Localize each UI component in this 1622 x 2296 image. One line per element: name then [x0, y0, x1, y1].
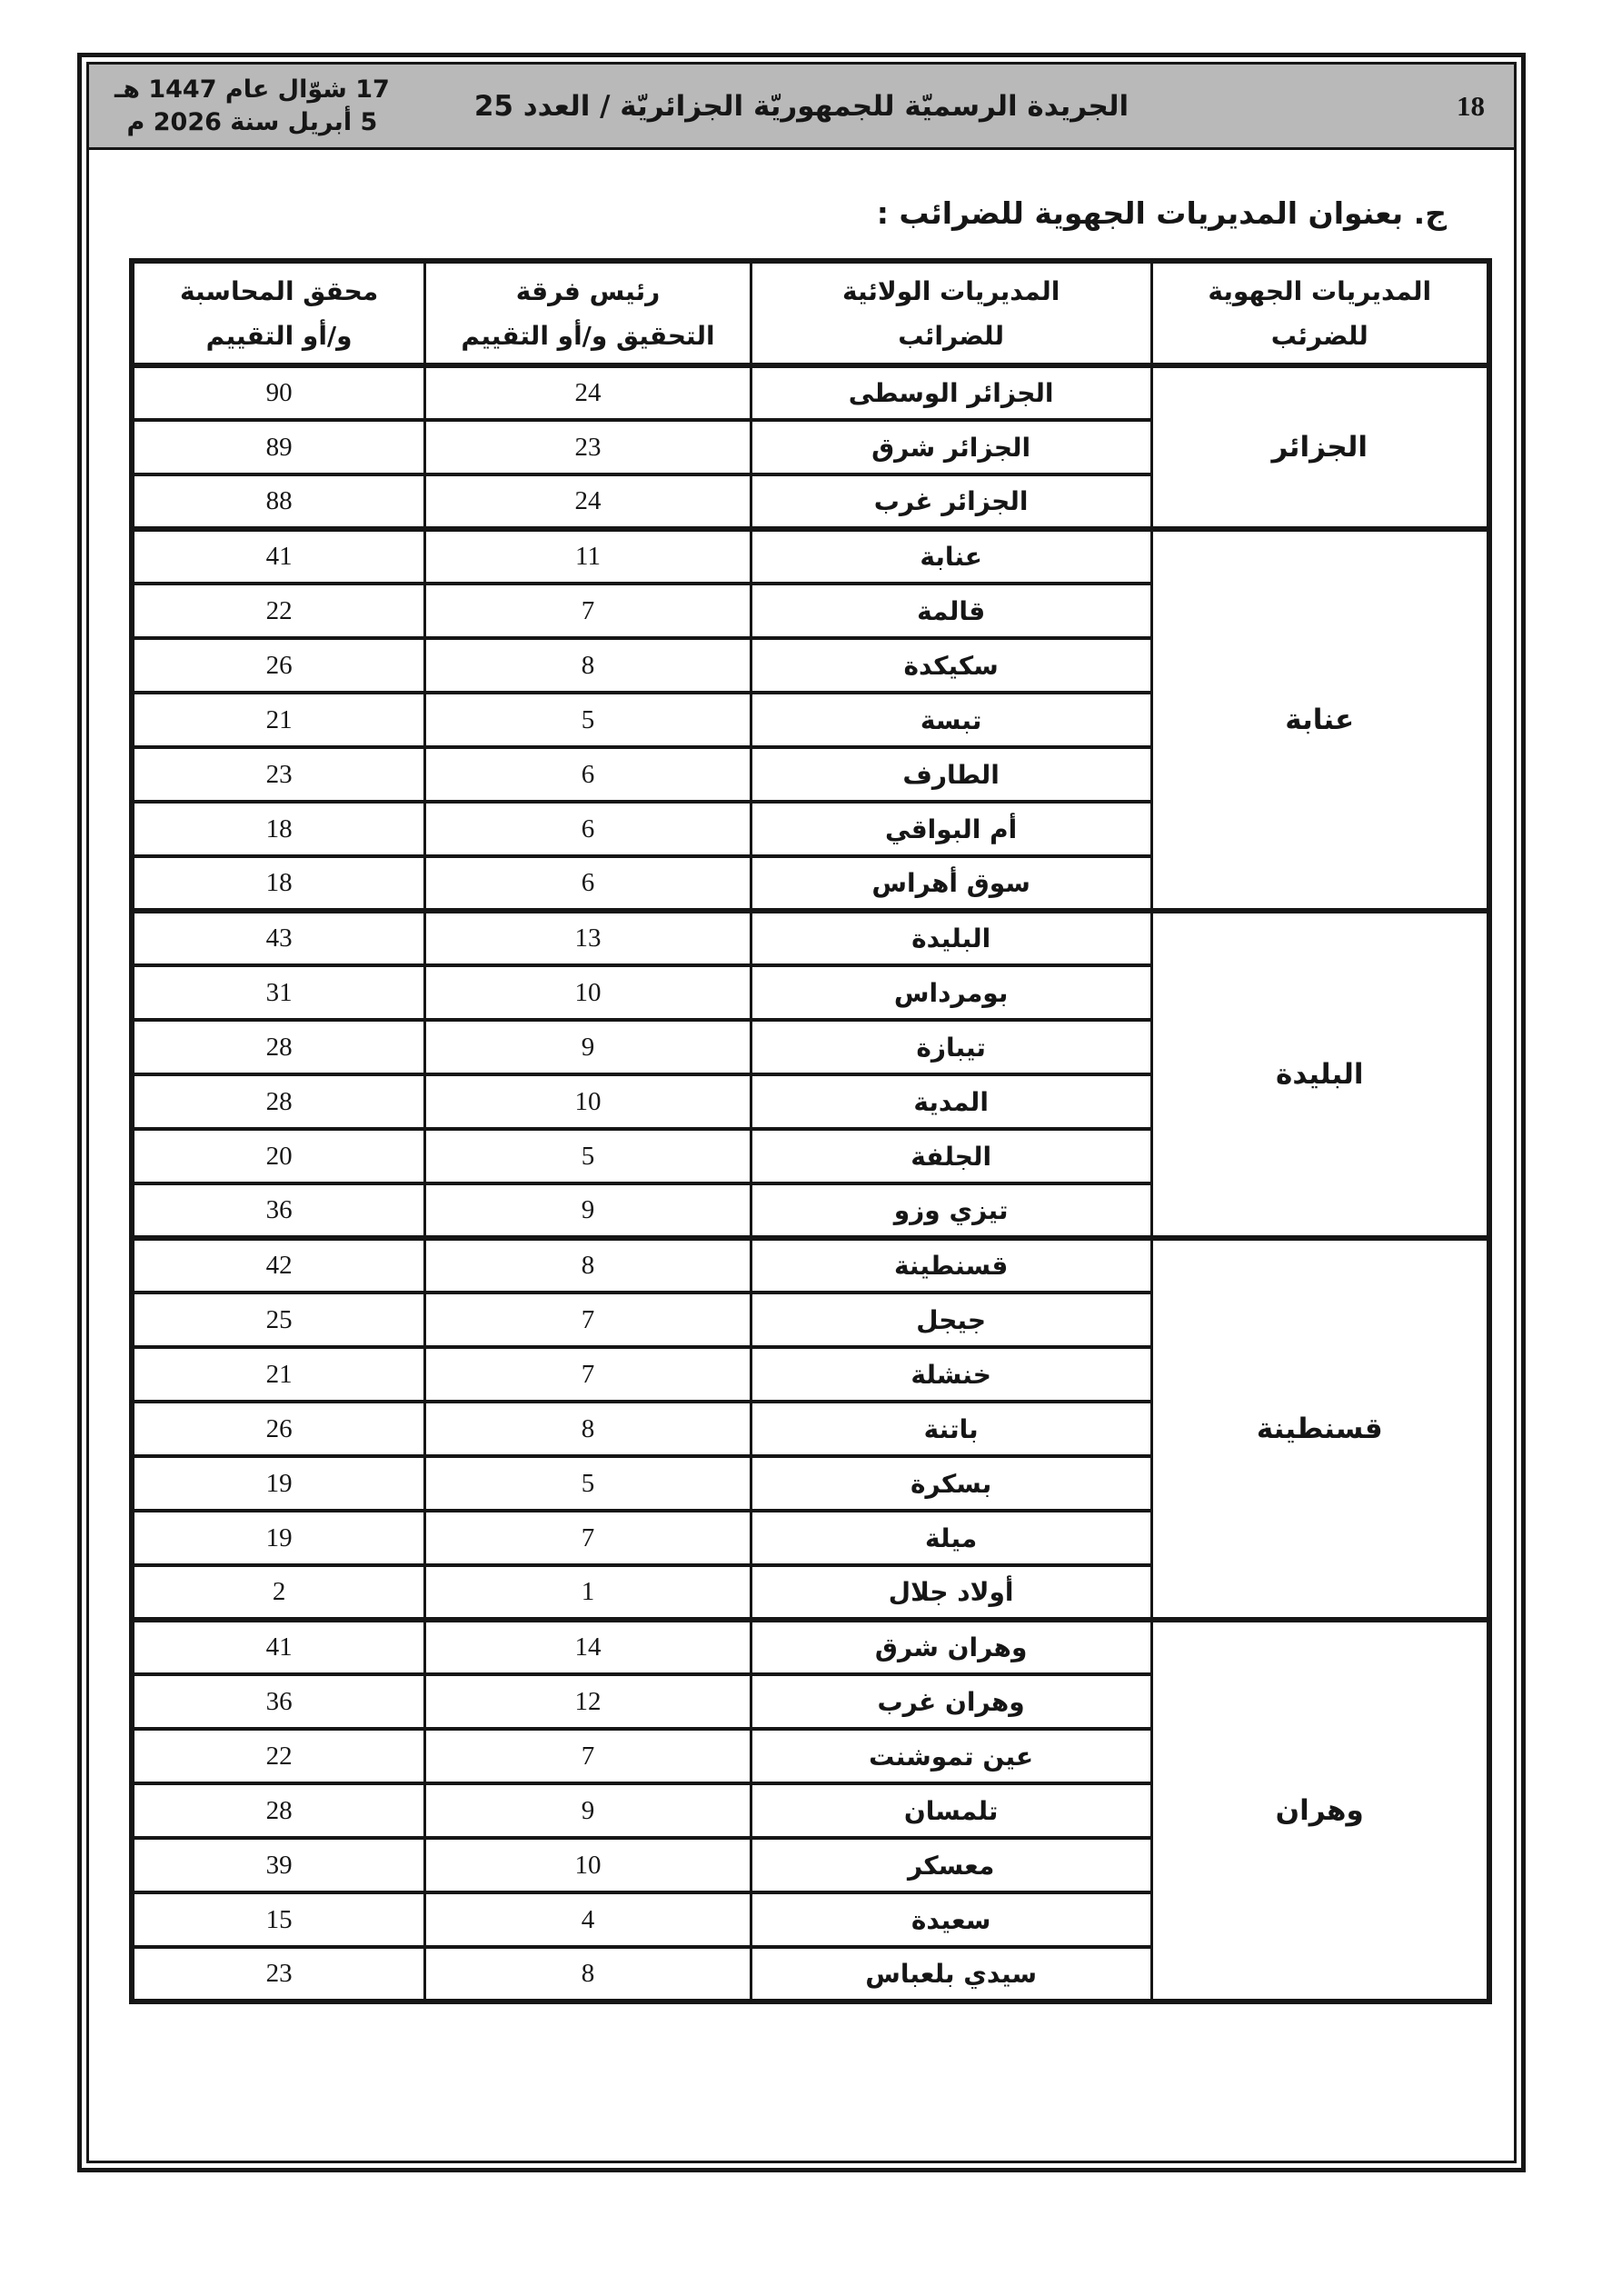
auditor-count-cell: 26	[132, 1402, 425, 1456]
team-leader-count-cell: 5	[425, 1129, 751, 1183]
team-leader-count-cell: 7	[425, 1511, 751, 1565]
wilaya-cell: سيدي بلعباس	[751, 1947, 1151, 2002]
table-header-row: المديريات الجهوية للضرئب المديريات الولا…	[132, 261, 1489, 365]
gregorian-date: 5 أبريل سنة 2026 م	[114, 106, 390, 139]
team-leader-count-cell: 12	[425, 1674, 751, 1729]
auditor-count-cell: 18	[132, 856, 425, 911]
wilaya-cell: الجزائر شرق	[751, 420, 1151, 474]
wilaya-cell: قسنطينة	[751, 1238, 1151, 1293]
wilaya-cell: تبسة	[751, 693, 1151, 747]
wilaya-cell: الجزائر غرب	[751, 474, 1151, 529]
wilaya-cell: بسكرة	[751, 1456, 1151, 1511]
auditor-count-cell: 23	[132, 1947, 425, 2002]
regional-tax-directorates-table: المديريات الجهوية للضرئب المديريات الولا…	[129, 258, 1492, 2004]
auditor-count-cell: 22	[132, 584, 425, 638]
table-row: الجزائرالجزائر الوسطى2490	[132, 365, 1489, 420]
team-leader-count-cell: 10	[425, 1074, 751, 1129]
team-leader-count-cell: 6	[425, 856, 751, 911]
wilaya-cell: سكيكدة	[751, 638, 1151, 693]
auditor-count-cell: 36	[132, 1674, 425, 1729]
auditor-count-cell: 43	[132, 911, 425, 965]
auditor-count-cell: 26	[132, 638, 425, 693]
wilaya-cell: الجزائر الوسطى	[751, 365, 1151, 420]
wilaya-cell: قالمة	[751, 584, 1151, 638]
table-row: عنابةعنابة1141	[132, 529, 1489, 584]
wilaya-cell: المدية	[751, 1074, 1151, 1129]
wilaya-cell: جيجل	[751, 1293, 1151, 1347]
masthead-date-block: 17 شوّال عام 1447 هـ 5 أبريل سنة 2026 م	[114, 74, 390, 138]
wilaya-cell: سوق أهراس	[751, 856, 1151, 911]
region-cell: الجزائر	[1151, 365, 1489, 529]
auditor-count-cell: 15	[132, 1892, 425, 1947]
team-leader-count-cell: 24	[425, 365, 751, 420]
wilaya-cell: بومرداس	[751, 965, 1151, 1020]
team-leader-count-cell: 9	[425, 1020, 751, 1074]
auditor-count-cell: 28	[132, 1783, 425, 1838]
team-leader-count-cell: 24	[425, 474, 751, 529]
journal-title: الجريدة الرسميّة للجمهوريّة الجزائريّة /…	[474, 90, 1129, 123]
auditor-count-cell: 20	[132, 1129, 425, 1183]
wilaya-cell: خنشلة	[751, 1347, 1151, 1402]
auditor-count-cell: 21	[132, 693, 425, 747]
team-leader-count-cell: 7	[425, 1293, 751, 1347]
wilaya-cell: تيزي وزو	[751, 1183, 1151, 1238]
team-leader-count-cell: 11	[425, 529, 751, 584]
wilaya-cell: البليدة	[751, 911, 1151, 965]
col-header-regional-directorates: المديريات الجهوية للضرئب	[1151, 261, 1489, 365]
auditor-count-cell: 28	[132, 1020, 425, 1074]
wilaya-cell: أولاد جلال	[751, 1565, 1151, 1620]
masthead-band: 17 شوّال عام 1447 هـ 5 أبريل سنة 2026 م …	[89, 65, 1514, 150]
wilaya-cell: وهران شرق	[751, 1620, 1151, 1674]
auditor-count-cell: 31	[132, 965, 425, 1020]
page-number: 18	[1457, 90, 1485, 123]
team-leader-count-cell: 10	[425, 1838, 751, 1892]
team-leader-count-cell: 14	[425, 1620, 751, 1674]
team-leader-count-cell: 9	[425, 1783, 751, 1838]
team-leader-count-cell: 5	[425, 1456, 751, 1511]
auditor-count-cell: 89	[132, 420, 425, 474]
table-row: قسنطينةقسنطينة842	[132, 1238, 1489, 1293]
team-leader-count-cell: 6	[425, 802, 751, 856]
team-leader-count-cell: 4	[425, 1892, 751, 1947]
section-title: ج. بعنوان المديريات الجهوية للضرائب :	[129, 195, 1447, 231]
auditor-count-cell: 42	[132, 1238, 425, 1293]
team-leader-count-cell: 6	[425, 747, 751, 802]
region-cell: قسنطينة	[1151, 1238, 1489, 1620]
hijri-date: 17 شوّال عام 1447 هـ	[114, 74, 390, 106]
wilaya-cell: وهران غرب	[751, 1674, 1151, 1729]
col-header-wilaya-directorates: المديريات الولائية للضرائب	[751, 261, 1151, 365]
team-leader-count-cell: 7	[425, 1729, 751, 1783]
region-cell: البليدة	[1151, 911, 1489, 1238]
wilaya-cell: ميلة	[751, 1511, 1151, 1565]
wilaya-cell: تلمسان	[751, 1783, 1151, 1838]
auditor-count-cell: 28	[132, 1074, 425, 1129]
auditor-count-cell: 41	[132, 1620, 425, 1674]
table-row: وهرانوهران شرق1441	[132, 1620, 1489, 1674]
page-inner-frame: 17 شوّال عام 1447 هـ 5 أبريل سنة 2026 م …	[86, 62, 1517, 2163]
auditor-count-cell: 22	[132, 1729, 425, 1783]
wilaya-cell: عين تموشنت	[751, 1729, 1151, 1783]
team-leader-count-cell: 13	[425, 911, 751, 965]
wilaya-cell: الجلفة	[751, 1129, 1151, 1183]
auditor-count-cell: 90	[132, 365, 425, 420]
page-outer-frame: 17 شوّال عام 1447 هـ 5 أبريل سنة 2026 م …	[77, 53, 1526, 2172]
wilaya-cell: معسكر	[751, 1838, 1151, 1892]
auditor-count-cell: 18	[132, 802, 425, 856]
auditor-count-cell: 88	[132, 474, 425, 529]
team-leader-count-cell: 8	[425, 1402, 751, 1456]
wilaya-cell: عنابة	[751, 529, 1151, 584]
auditor-count-cell: 25	[132, 1293, 425, 1347]
team-leader-count-cell: 7	[425, 1347, 751, 1402]
wilaya-cell: سعيدة	[751, 1892, 1151, 1947]
team-leader-count-cell: 9	[425, 1183, 751, 1238]
auditor-count-cell: 19	[132, 1456, 425, 1511]
col-header-auditor: محقق المحاسبة و/أو التقييم	[132, 261, 425, 365]
auditor-count-cell: 23	[132, 747, 425, 802]
team-leader-count-cell: 10	[425, 965, 751, 1020]
auditor-count-cell: 36	[132, 1183, 425, 1238]
region-cell: وهران	[1151, 1620, 1489, 2002]
auditor-count-cell: 2	[132, 1565, 425, 1620]
team-leader-count-cell: 7	[425, 584, 751, 638]
col-header-team-leader: رئيس فرقة التحقيق و/أو التقييم	[425, 261, 751, 365]
table-body: الجزائرالجزائر الوسطى2490الجزائر شرق2389…	[132, 365, 1489, 2002]
wilaya-cell: تيبازة	[751, 1020, 1151, 1074]
table-row: البليدةالبليدة1343	[132, 911, 1489, 965]
auditor-count-cell: 39	[132, 1838, 425, 1892]
wilaya-cell: الطارف	[751, 747, 1151, 802]
page-body: ج. بعنوان المديريات الجهوية للضرائب : ال…	[89, 150, 1514, 2161]
team-leader-count-cell: 8	[425, 1238, 751, 1293]
team-leader-count-cell: 8	[425, 1947, 751, 2002]
auditor-count-cell: 21	[132, 1347, 425, 1402]
team-leader-count-cell: 8	[425, 638, 751, 693]
team-leader-count-cell: 23	[425, 420, 751, 474]
team-leader-count-cell: 1	[425, 1565, 751, 1620]
region-cell: عنابة	[1151, 529, 1489, 911]
gazette-page: 17 شوّال عام 1447 هـ 5 أبريل سنة 2026 م …	[0, 0, 1622, 2296]
team-leader-count-cell: 5	[425, 693, 751, 747]
wilaya-cell: باتنة	[751, 1402, 1151, 1456]
wilaya-cell: أم البواقي	[751, 802, 1151, 856]
auditor-count-cell: 41	[132, 529, 425, 584]
auditor-count-cell: 19	[132, 1511, 425, 1565]
